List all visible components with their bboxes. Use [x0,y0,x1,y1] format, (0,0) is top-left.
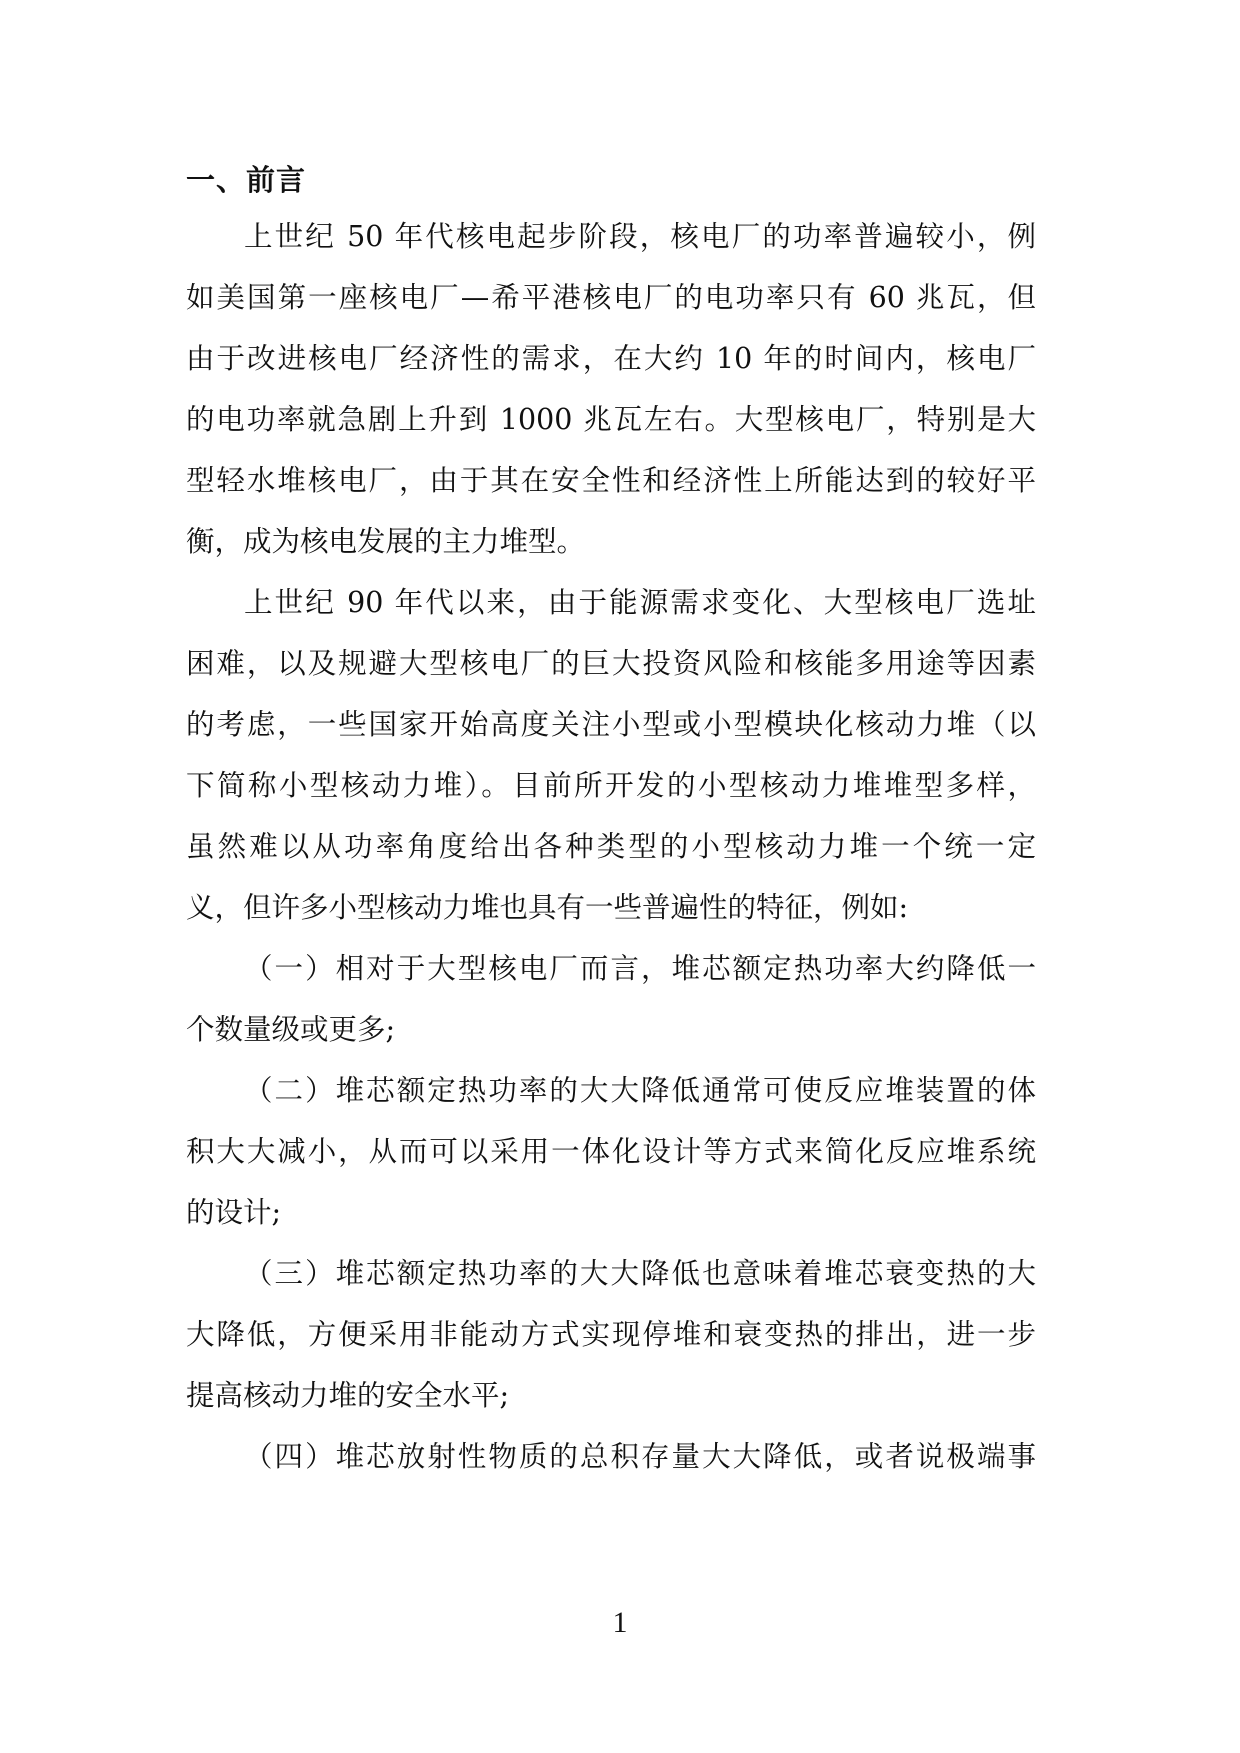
list-item-line: 大降低，方便采用非能动方式实现停堆和衰变热的排出，进一步 [186,1313,1036,1357]
document-page: 一、前言 上世纪 50 年代核电起步阶段，核电厂的功率普遍较小，例 如美国第一座… [0,0,1240,1753]
paragraph-line: 由于改进核电厂经济性的需求，在大约 10 年的时间内，核电厂 [186,337,1036,381]
paragraph-line: 下简称小型核动力堆）。目前所开发的小型核动力堆堆型多样， [186,764,1036,808]
list-item-line: 提高核动力堆的安全水平; [186,1374,1036,1418]
paragraph-line: 衡，成为核电发展的主力堆型。 [186,520,1036,564]
paragraph-line: 如美国第一座核电厂—希平港核电厂的电功率只有 60 兆瓦，但 [186,276,1036,320]
list-item-line: （一）相对于大型核电厂而言，堆芯额定热功率大约降低一 [244,947,1036,991]
paragraph-line: 义，但许多小型核动力堆也具有一些普遍性的特征，例如: [186,886,1036,930]
section-heading: 一、前言 [186,160,306,200]
paragraph-line: 型轻水堆核电厂，由于其在安全性和经济性上所能达到的较好平 [186,459,1036,503]
paragraph-line: 虽然难以从功率角度给出各种类型的小型核动力堆一个统一定 [186,825,1036,869]
paragraph-line: 的电功率就急剧上升到 1000 兆瓦左右。大型核电厂，特别是大 [186,398,1036,442]
list-item-line: （四）堆芯放射性物质的总积存量大大降低，或者说极端事 [244,1435,1036,1479]
list-item-line: 积大大减小，从而可以采用一体化设计等方式来简化反应堆系统 [186,1130,1036,1174]
list-item-line: （二）堆芯额定热功率的大大降低通常可使反应堆装置的体 [244,1069,1036,1113]
paragraph-line: 上世纪 90 年代以来，由于能源需求变化、大型核电厂选址 [244,581,1036,625]
list-item-line: （三）堆芯额定热功率的大大降低也意味着堆芯衰变热的大 [244,1252,1036,1296]
page-number: 1 [0,1603,1240,1643]
paragraph-line: 的考虑，一些国家开始高度关注小型或小型模块化核动力堆（以 [186,703,1036,747]
paragraph-line: 困难，以及规避大型核电厂的巨大投资风险和核能多用途等因素 [186,642,1036,686]
paragraph-line: 上世纪 50 年代核电起步阶段，核电厂的功率普遍较小，例 [244,215,1036,259]
list-item-line: 的设计; [186,1191,1036,1235]
list-item-line: 个数量级或更多; [186,1008,1036,1052]
